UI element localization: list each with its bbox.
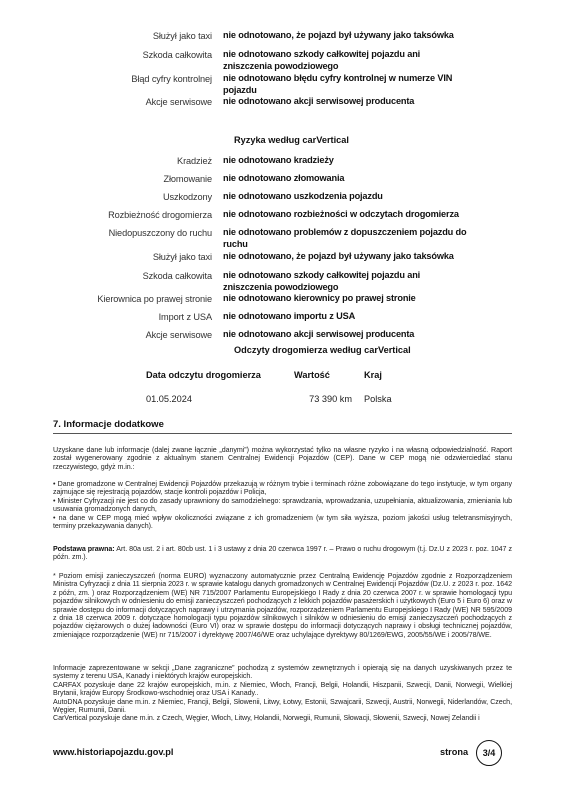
odometer-table: Data odczytu drogomierza Wartość Kraj 01… [146, 370, 446, 410]
risk-value: nie odnotowano złomowania [223, 173, 468, 185]
risk-value: nie odnotowano problemów z dopuszczeniem… [223, 227, 468, 250]
foreign-info-line: Informacje zaprezentowane w sekcji „Dane… [53, 664, 512, 681]
risk-value: nie odnotowano rozbieżności w odczytach … [223, 209, 468, 221]
foreign-info-line: CARFAX pozyskuje dane 22 krajów europejs… [53, 681, 512, 698]
section-title: 7. Informacje dodatkowe [53, 419, 512, 434]
risk-value: nie odnotowano kierownicy po prawej stro… [223, 293, 468, 305]
risk-row: Uszkodzony nie odnotowano uszkodzenia po… [0, 191, 565, 209]
check-value: nie odnotowano szkody całkowitej pojazdu… [223, 49, 468, 72]
risk-row: Szkoda całkowita nie odnotowano szkody c… [0, 270, 565, 293]
risk-value: nie odnotowano importu z USA [223, 311, 468, 323]
bullet-item: • Dane gromadzone w Centralnej Ewidencji… [53, 480, 512, 497]
vehicle-checks-block: Służył jako taxi nie odnotowano, że poja… [0, 30, 565, 110]
risk-label: Uszkodzony [0, 191, 223, 203]
column-header-date: Data odczytu drogomierza [146, 370, 261, 380]
odometer-date: 01.05.2024 [146, 394, 192, 404]
column-header-value: Wartość [294, 370, 350, 380]
check-value: nie odnotowano akcji serwisowej producen… [223, 96, 468, 108]
foreign-info-line: AutoDNA pozyskuje dane m.in. z Niemiec, … [53, 698, 512, 715]
risk-row: Niedopuszczony do ruchu nie odnotowano p… [0, 227, 565, 251]
page-number: 3/4 [483, 748, 496, 758]
legal-basis: Podstawa prawna: Art. 80a ust. 2 i art. … [53, 545, 512, 562]
disclaimer-paragraph: Uzyskane dane lub informacje (dalej zwan… [53, 446, 512, 471]
risk-row: Kradzież nie odnotowano kradzieży [0, 155, 565, 173]
risk-row: Służył jako taxi nie odnotowano, że poja… [0, 251, 565, 270]
check-row: Akcje serwisowe nie odnotowano akcji ser… [0, 96, 565, 110]
check-label: Błąd cyfry kontrolnej [0, 73, 223, 85]
risk-label: Kradzież [0, 155, 223, 167]
risk-label: Import z USA [0, 311, 223, 323]
risks-block: Kradzież nie odnotowano kradzieży Złomow… [0, 155, 565, 347]
risk-row: Import z USA nie odnotowano importu z US… [0, 311, 565, 329]
page-number-badge: 3/4 [476, 740, 502, 766]
foreign-info-line: CarVertical pozyskuje dane m.in. z Czech… [53, 714, 512, 722]
risk-value: nie odnotowano, że pojazd był używany ja… [223, 251, 468, 263]
risk-label: Akcje serwisowe [0, 329, 223, 341]
footer-website-link[interactable]: www.historiapojazdu.gov.pl [53, 747, 173, 757]
risks-heading: Ryzyka według carVertical [234, 135, 349, 145]
risk-label: Złomowanie [0, 173, 223, 185]
risk-value: nie odnotowano uszkodzenia pojazdu [223, 191, 468, 203]
check-label: Akcje serwisowe [0, 96, 223, 108]
risk-label: Rozbieżność drogomierza [0, 209, 223, 221]
column-header-country: Kraj [364, 370, 382, 380]
risk-value: nie odnotowano akcji serwisowej producen… [223, 329, 468, 341]
odometer-heading: Odczyty drogomierza według carVertical [234, 345, 411, 355]
risk-label: Służył jako taxi [0, 251, 223, 263]
legal-basis-label: Podstawa prawna: [53, 545, 115, 553]
risk-row: Rozbieżność drogomierza nie odnotowano r… [0, 209, 565, 227]
risk-value: nie odnotowano szkody całkowitej pojazdu… [223, 270, 468, 293]
risk-value: nie odnotowano kradzieży [223, 155, 468, 167]
check-label: Służył jako taxi [0, 30, 223, 42]
bullet-item: • Minister Cyfryzacji nie jest co do zas… [53, 497, 512, 514]
legal-basis-text: Art. 80a ust. 2 i art. 80cb ust. 1 i 3 u… [53, 545, 512, 561]
check-row: Szkoda całkowita nie odnotowano szkody c… [0, 49, 565, 73]
check-value: nie odnotowano, że pojazd był używany ja… [223, 30, 468, 42]
odometer-value: 73 390 km [296, 394, 352, 404]
check-row: Błąd cyfry kontrolnej nie odnotowano błę… [0, 73, 565, 96]
risk-label: Niedopuszczony do ruchu [0, 227, 223, 239]
euro-note: * Poziom emisji zanieczyszczeń (norma EU… [53, 572, 512, 639]
odometer-country: Polska [364, 394, 392, 404]
risk-label: Kierownica po prawej stronie [0, 293, 223, 305]
check-value: nie odnotowano błędu cyfry kontrolnej w … [223, 73, 468, 96]
disclaimer-bullets: • Dane gromadzone w Centralnej Ewidencji… [53, 480, 512, 530]
risk-row: Złomowanie nie odnotowano złomowania [0, 173, 565, 191]
page-label: strona [440, 747, 468, 757]
risk-label: Szkoda całkowita [0, 270, 223, 282]
bullet-item: • na dane w CEP mogą mieć wpływ okoliczn… [53, 514, 512, 531]
risk-row: Kierownica po prawej stronie nie odnotow… [0, 293, 565, 311]
check-row: Służył jako taxi nie odnotowano, że poja… [0, 30, 565, 49]
check-label: Szkoda całkowita [0, 49, 223, 61]
foreign-data-info: Informacje zaprezentowane w sekcji „Dane… [53, 664, 512, 723]
